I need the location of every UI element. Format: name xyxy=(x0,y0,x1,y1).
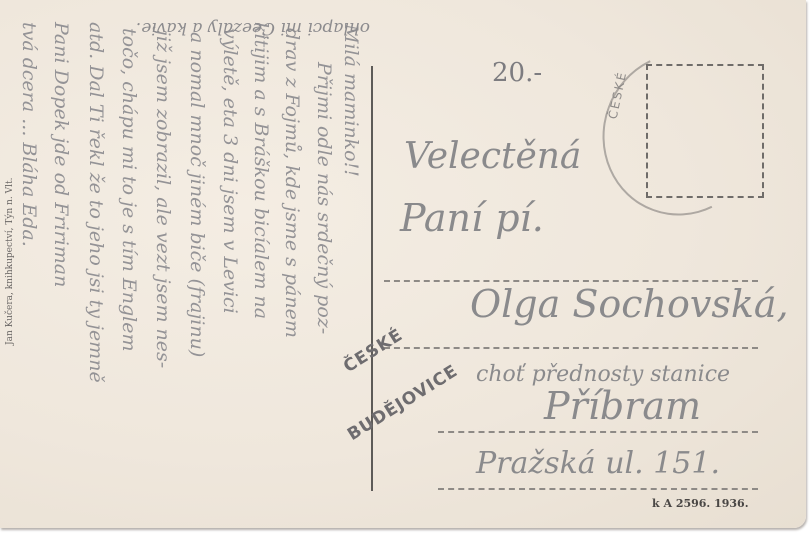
salutation-2: Paní pí. xyxy=(400,196,544,240)
recipient-city: Příbram xyxy=(544,384,701,428)
message-line: kitijim a s Bráškou bicíalem na xyxy=(250,22,272,319)
catalog-number: k A 2596. 1936. xyxy=(652,497,749,510)
message-line: a nomal mnoč jiném biče (frajinu) xyxy=(186,32,208,357)
address-line-3 xyxy=(438,431,758,433)
salutation-1: Velectěná xyxy=(404,136,581,177)
message-line: výletě, eta 3 dni jsem v Levici xyxy=(219,28,241,314)
upside-down-note: ohlapci mi Čeezaly a kavie. xyxy=(136,18,370,38)
postcard: Milá maminko!! Přijmi odle nás srdečný p… xyxy=(0,0,806,528)
message-line: již jsem zobrazil, ale vezt jsem nes- xyxy=(152,30,174,368)
message-line: točo, chápu mi to je s tím Englem xyxy=(118,28,140,351)
message-line: drav z Fojmů, kde jsme s pánem xyxy=(281,28,303,338)
price-note: 20.- xyxy=(492,58,542,88)
address-line-2 xyxy=(384,347,758,349)
message-area: Milá maminko!! Přijmi odle nás srdečný p… xyxy=(10,22,370,522)
message-line: Přijmi odle nás srdečný poz- xyxy=(313,62,335,334)
printer-imprint: Jan Kučera, knihkupectví, Týn n. Vlt. xyxy=(5,178,15,345)
message-line: Milá maminko!! xyxy=(340,24,362,177)
address-line-4 xyxy=(438,488,758,490)
message-line: atd. Dal Ti řekl že to jeho jsi ty jemně xyxy=(85,22,107,383)
message-line: Pani Dopek jde od Fririman xyxy=(50,22,72,287)
recipient-street: Pražská ul. 151. xyxy=(476,446,720,481)
message-line: tvá dcera ... Bláha Eda. xyxy=(18,22,40,247)
stamp-placeholder xyxy=(646,64,764,198)
recipient-name: Olga Sochovská, xyxy=(470,282,789,326)
